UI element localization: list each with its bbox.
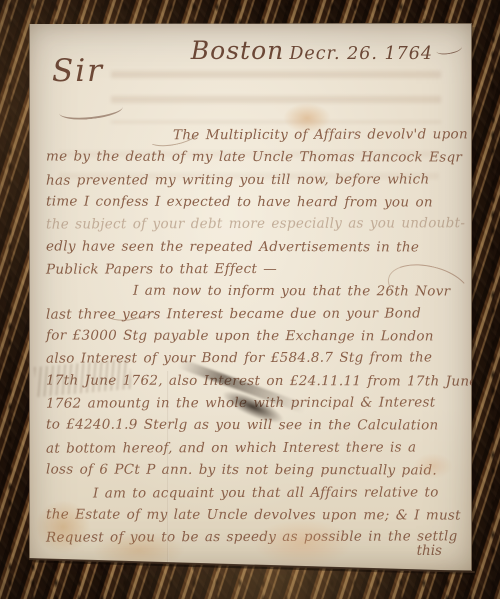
- dateline-place: Boston: [191, 36, 284, 65]
- letter-line: I am to acquaint you that all Affairs re…: [46, 481, 460, 505]
- framed-letter-photo: Boston Decr. 26. 1764 Sir The Multiplici…: [0, 0, 500, 599]
- letter-line: at bottom hereof, and on which Interest …: [46, 436, 460, 460]
- letter-line: Request of you to be as speedy as possib…: [46, 526, 460, 550]
- letter-line: the subject of your debt more especially…: [46, 213, 460, 237]
- letter-line: time I confess I expected to have heard …: [46, 191, 460, 214]
- dateline: Boston Decr. 26. 1764: [191, 36, 462, 65]
- letter-line: edly have seen the repeated Advertisemen…: [46, 235, 460, 258]
- paper-crease: [167, 371, 169, 571]
- letter-line: I am now to inform you that the 26th Nov…: [46, 280, 460, 303]
- letter-line: Publick Papers to that Effect —: [46, 257, 460, 281]
- letter-body: The Multiplicity of Affairs devolv'd upo…: [46, 124, 460, 549]
- letter-line: has prevented my writing you till now, b…: [46, 168, 460, 192]
- pen-flourish-icon: [435, 42, 462, 56]
- letter-line: the Estate of my late Uncle devolves upo…: [46, 503, 460, 526]
- catchword: this: [417, 543, 442, 559]
- letter-line: for £3000 Stg payable upon the Exchange …: [46, 325, 460, 348]
- letter-line: The Multiplicity of Affairs devolv'd upo…: [46, 123, 460, 147]
- letter-line: loss of 6 PCt P ann. by its not being pu…: [46, 459, 460, 482]
- letter-paper: Boston Decr. 26. 1764 Sir The Multiplici…: [29, 23, 472, 571]
- salutation: Sir: [52, 53, 104, 89]
- letter-line: last three years Interest became due on …: [46, 302, 460, 326]
- letter-line: me by the death of my late Uncle Thomas …: [46, 146, 460, 169]
- ink-bleed-through: [111, 71, 441, 123]
- pen-flourish-icon: [58, 98, 124, 123]
- dateline-date: Decr. 26. 1764: [289, 44, 433, 64]
